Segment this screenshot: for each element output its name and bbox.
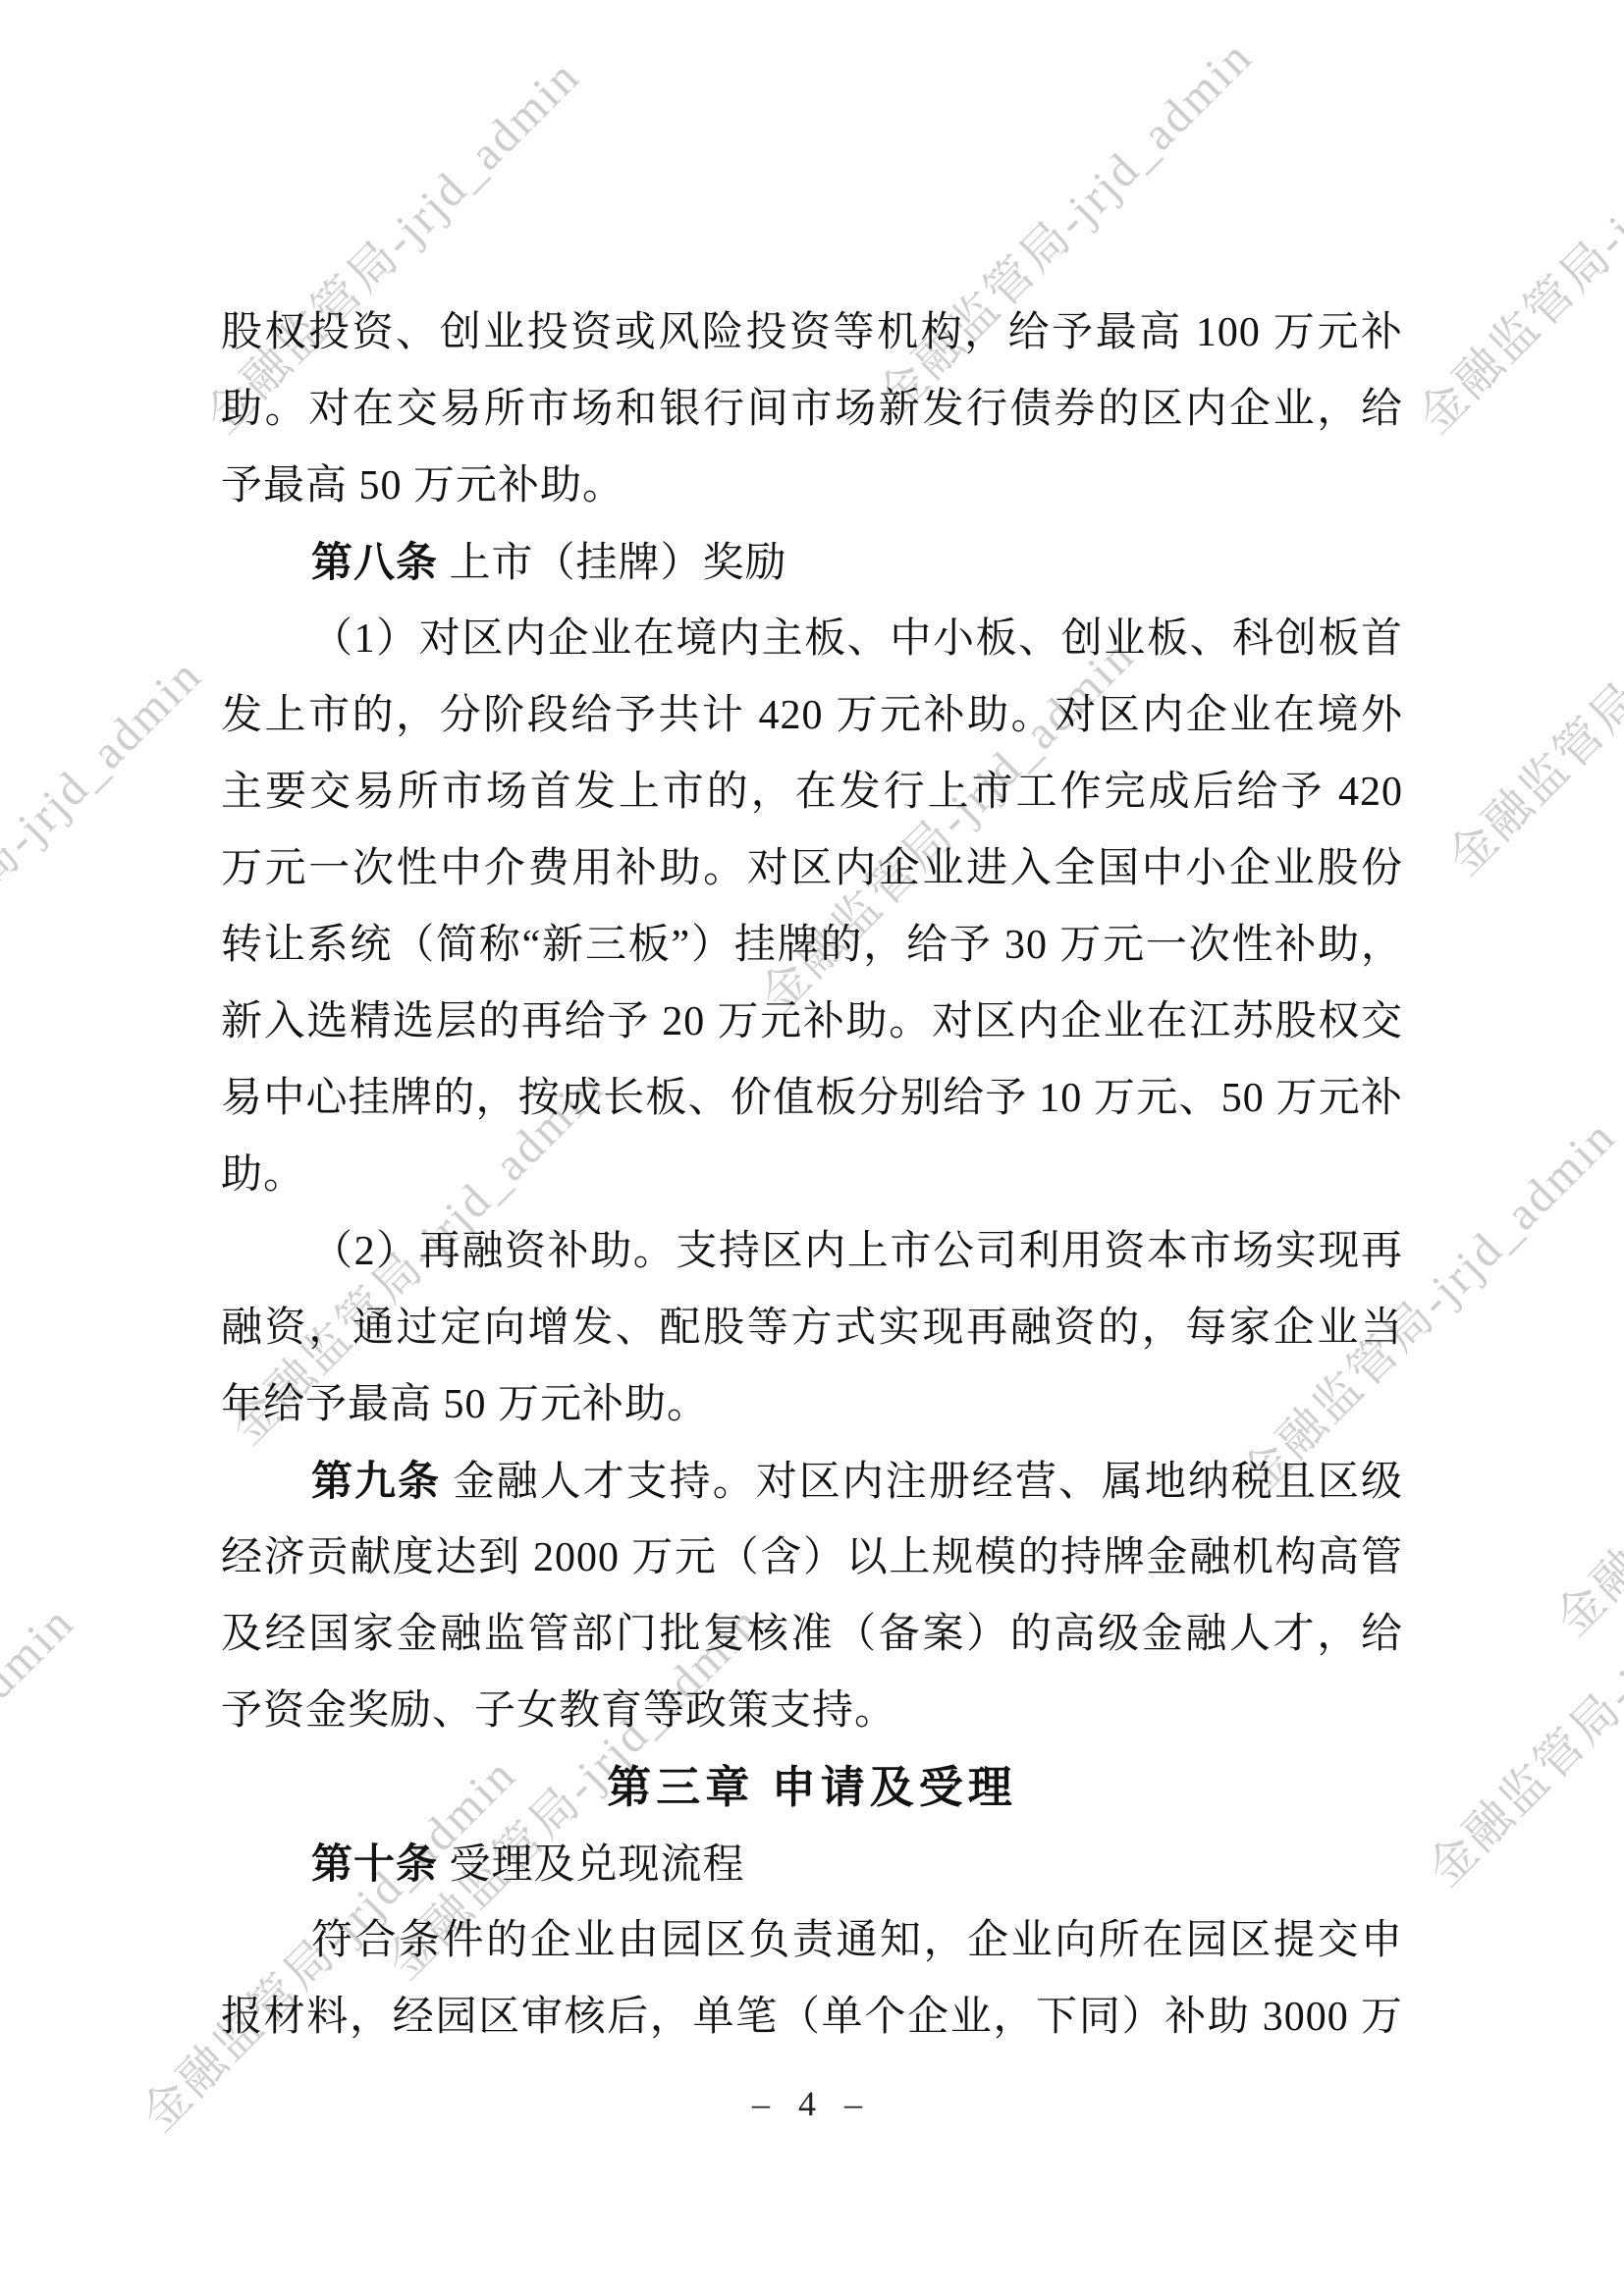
text-segment: 转让系统（简称“新三板”）挂牌的，给予 30 万元一次性补助， xyxy=(221,923,1403,968)
watermark-text: 金融监管局-jrjd_admin xyxy=(0,1586,86,1992)
text-segment: 第十条 xyxy=(311,1841,438,1887)
watermark-text: 金融监管局-jrjd_admin xyxy=(1538,1243,1624,1648)
text-segment: （1）对区内企业在境内主板、中小板、创业板、科创板首 xyxy=(311,616,1403,662)
text-line: 新入选精选层的再给予 20 万元补助。对区内企业在江苏股权交 xyxy=(221,984,1403,1060)
text-segment: 金融人才支持。对区内注册经营、属地纳税且区级 xyxy=(441,1460,1403,1505)
text-segment: 第九条 xyxy=(311,1458,441,1504)
text-segment: 第八条 xyxy=(311,539,438,585)
text-line: 予最高 50 万元补助。 xyxy=(221,448,1403,524)
watermark-text: 金融监管局-jrjd_admin xyxy=(1400,40,1624,446)
text-segment: 报材料，经园区审核后，单笔（单个企业，下同）补助 3000 万 xyxy=(221,1995,1403,2040)
text-segment: 符合条件的企业由园区负责通知，企业向所在园区提交申 xyxy=(311,1918,1403,1963)
page-number: – 4 – xyxy=(0,2083,1624,2124)
text-segment: 助。对在交易所市场和银行间市场新发行债券的区内企业，给 xyxy=(221,387,1403,432)
text-segment: 融资，通过定向增发、配股等方式实现再融资的，每家企业当 xyxy=(221,1306,1403,1351)
text-segment: 经济贡献度达到 2000 万元（含）以上规模的持牌金融机构高管 xyxy=(221,1535,1403,1580)
text-line: （1）对区内企业在境内主板、中小板、创业板、科创板首 xyxy=(221,601,1403,677)
text-line: 股权投资、创业投资或风险投资等机构，给予最高 100 万元补 xyxy=(221,294,1403,371)
text-line: 及经国家金融监管部门批复核准（备案）的高级金融人才，给 xyxy=(221,1596,1403,1673)
text-line: 发上市的，分阶段给予共计 420 万元补助。对区内企业在境外 xyxy=(221,677,1403,754)
text-line: 主要交易所市场首发上市的，在发行上市工作完成后给予 420 xyxy=(221,754,1403,830)
text-line: 融资，通过定向增发、配股等方式实现再融资的，每家企业当 xyxy=(221,1290,1403,1366)
text-line: （2）再融资补助。支持区内上市公司利用资本市场实现再 xyxy=(221,1213,1403,1290)
watermark-text: 金融监管局-jrjd_admin xyxy=(1410,1493,1624,1898)
text-segment: 易中心挂牌的，按成长板、价值板分别给予 10 万元、50 万元补 xyxy=(221,1076,1403,1121)
text-segment: 新入选精选层的再给予 20 万元补助。对区内企业在江苏股权交 xyxy=(221,999,1403,1044)
text-segment: 及经国家金融监管部门批复核准（备案）的高级金融人才，给 xyxy=(221,1612,1403,1657)
text-line: 年给予最高 50 万元补助。 xyxy=(221,1366,1403,1443)
text-line: 符合条件的企业由园区负责通知，企业向所在园区提交申 xyxy=(221,1902,1403,1979)
text-segment: 股权投资、创业投资或风险投资等机构，给予最高 100 万元补 xyxy=(221,310,1403,355)
chapter-heading: 第三章 申请及受理 xyxy=(221,1749,1403,1826)
watermark-text: 金融监管局-jrjd_admin xyxy=(1430,482,1624,887)
text-line: 第十条 受理及兑现流程 xyxy=(221,1826,1403,1902)
text-segment: 助。 xyxy=(221,1152,305,1198)
text-line: 助。 xyxy=(221,1137,1403,1213)
text-line: 予资金奖励、子女教育等政策支持。 xyxy=(221,1673,1403,1749)
watermark-text: 金融监管局-jrjd_admin xyxy=(0,639,214,1044)
text-segment: （2）再融资补助。支持区内上市公司利用资本市场实现再 xyxy=(311,1229,1403,1274)
text-line: 转让系统（简称“新三板”）挂牌的，给予 30 万元一次性补助， xyxy=(221,907,1403,984)
text-line: 助。对在交易所市场和银行间市场新发行债券的区内企业，给 xyxy=(221,371,1403,448)
text-segment: 万元一次性中介费用补助。对区内企业进入全国中小企业股份 xyxy=(221,846,1403,891)
text-segment: 予资金奖励、子女教育等政策支持。 xyxy=(221,1688,896,1734)
text-segment: 受理及兑现流程 xyxy=(438,1842,745,1888)
document-content: 股权投资、创业投资或风险投资等机构，给予最高 100 万元补助。对在交易所市场和… xyxy=(221,294,1403,2056)
text-line: 万元一次性中介费用补助。对区内企业进入全国中小企业股份 xyxy=(221,830,1403,907)
text-segment: 主要交易所市场首发上市的，在发行上市工作完成后给予 420 xyxy=(221,770,1403,815)
text-line: 经济贡献度达到 2000 万元（含）以上规模的持牌金融机构高管 xyxy=(221,1520,1403,1596)
document-page: 金融监管局-jrjd_admin金融监管局-jrjd_admin金融监管局-jr… xyxy=(0,0,1624,2296)
text-line: 第八条 上市（挂牌）奖励 xyxy=(221,524,1403,601)
text-segment: 发上市的，分阶段给予共计 420 万元补助。对区内企业在境外 xyxy=(221,693,1403,738)
text-line: 第九条 金融人才支持。对区内注册经营、属地纳税且区级 xyxy=(221,1443,1403,1520)
text-line: 报材料，经园区审核后，单笔（单个企业，下同）补助 3000 万 xyxy=(221,1979,1403,2056)
text-line: 易中心挂牌的，按成长板、价值板分别给予 10 万元、50 万元补 xyxy=(221,1060,1403,1137)
text-segment: 予最高 50 万元补助。 xyxy=(221,463,624,508)
text-segment: 上市（挂牌）奖励 xyxy=(438,541,787,586)
text-segment: 年给予最高 50 万元补助。 xyxy=(221,1382,709,1427)
text-segment: 第三章 申请及受理 xyxy=(607,1762,1017,1812)
